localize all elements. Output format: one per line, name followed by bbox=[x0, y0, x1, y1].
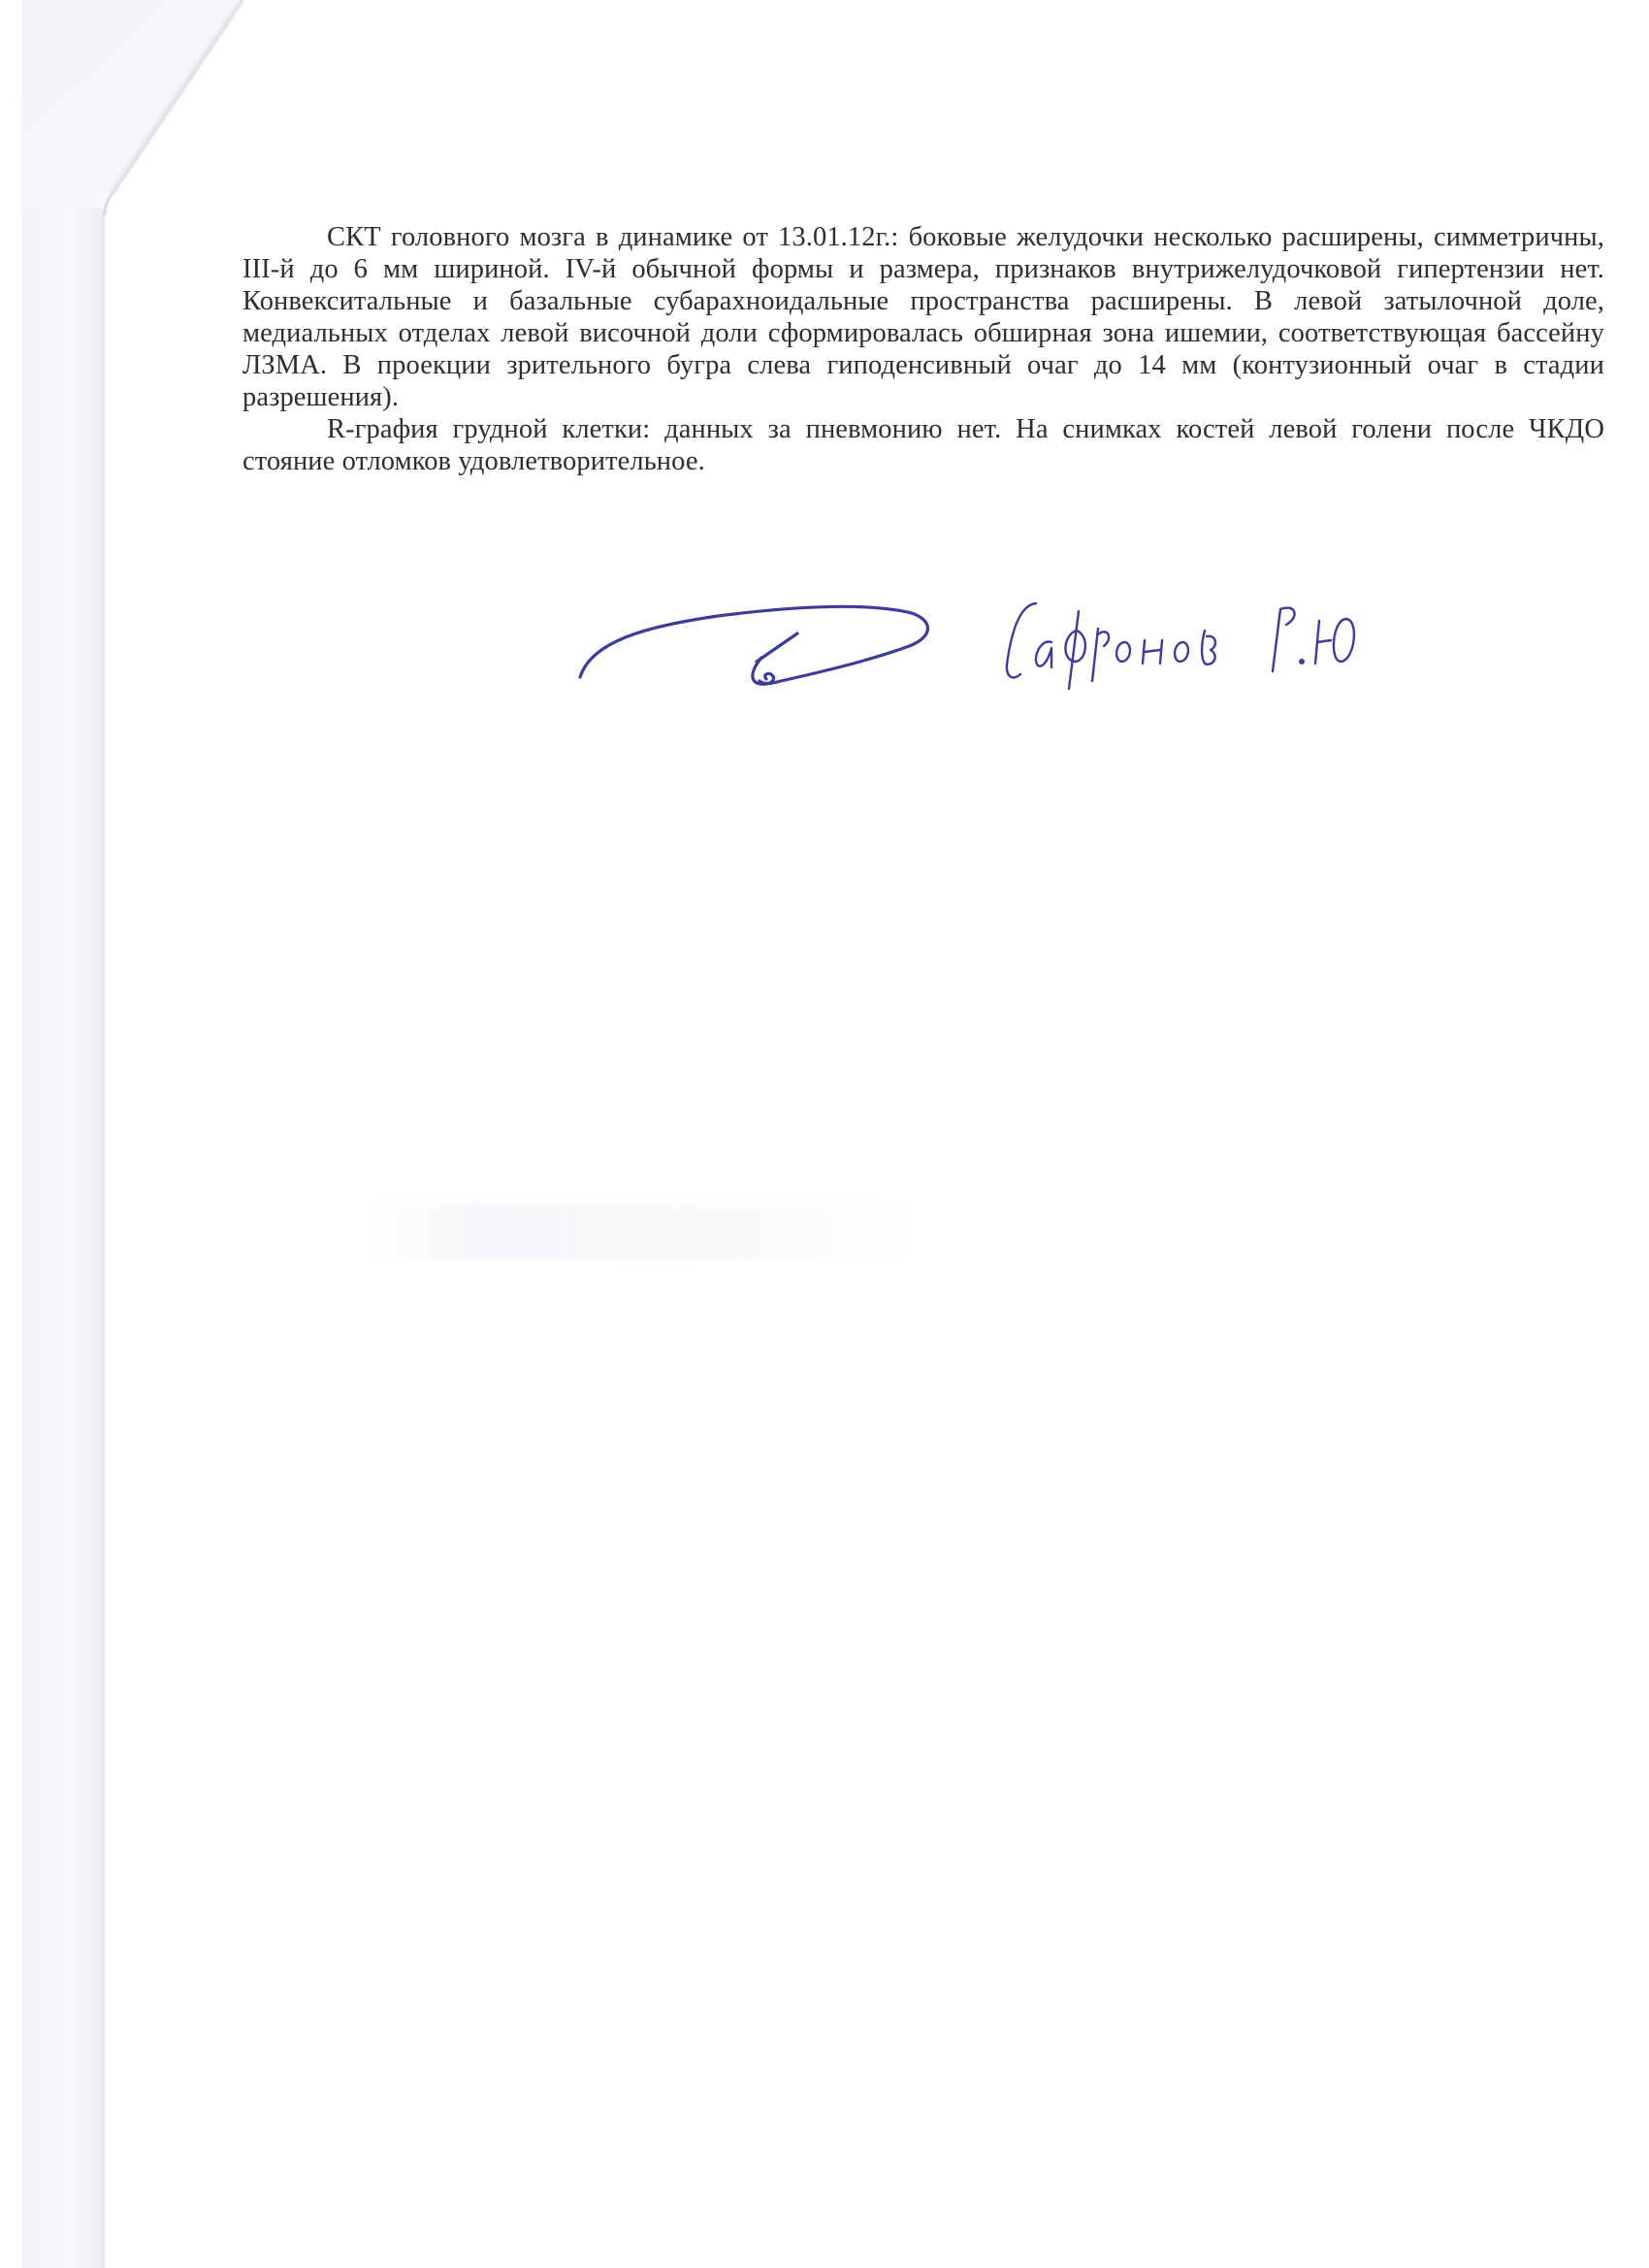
scanner-edge-strip bbox=[21, 194, 105, 2268]
paragraph-ct-findings: СКТ головного мозга в динамике от 13.01.… bbox=[242, 221, 1604, 413]
scanner-edge-strip-top bbox=[21, 0, 105, 204]
bleed-through-artifact bbox=[369, 1203, 912, 1261]
report-text: СКТ головного мозга в динамике от 13.01.… bbox=[242, 221, 1604, 477]
signature-block: Сафронов Р.Ю bbox=[572, 592, 1503, 718]
handwritten-signature bbox=[572, 592, 960, 718]
handwritten-signer-name bbox=[989, 592, 1494, 698]
paragraph-xray-findings: R-графия грудной клетки: данных за пневм… bbox=[242, 413, 1604, 477]
scanned-page: СКТ головного мозга в динамике от 13.01.… bbox=[0, 0, 1649, 2268]
